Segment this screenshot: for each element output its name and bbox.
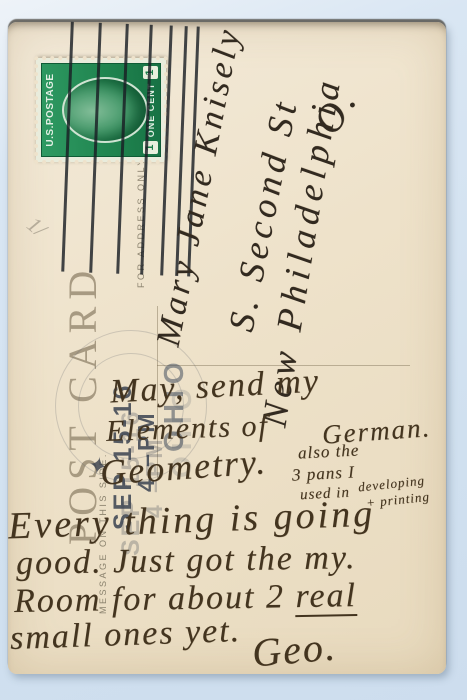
message-underlined-word: real	[295, 577, 357, 617]
cancellation-bar	[89, 23, 101, 273]
message-line-5: good. Just got the my.	[16, 539, 357, 583]
cancellation-bar	[61, 22, 73, 272]
cancellation-bar	[116, 24, 128, 274]
message-signature: Geo.	[250, 622, 338, 676]
postcard: POST CARD FOR ADDRESS ONLY. MESSAGE ON T…	[8, 22, 446, 674]
message-note-1: also the	[298, 440, 360, 463]
message-note-2: 3 pans I	[292, 462, 356, 485]
message-line-7: small ones yet.	[9, 612, 241, 658]
message-line-6-text: Room for about 2	[14, 578, 286, 620]
photo-background: POST CARD FOR ADDRESS ONLY. MESSAGE ON T…	[0, 0, 467, 700]
cancellation-bar	[140, 25, 152, 275]
pencil-mark: 1/	[22, 212, 52, 243]
stamp-country-label: U.S.POSTAGE	[45, 64, 56, 156]
